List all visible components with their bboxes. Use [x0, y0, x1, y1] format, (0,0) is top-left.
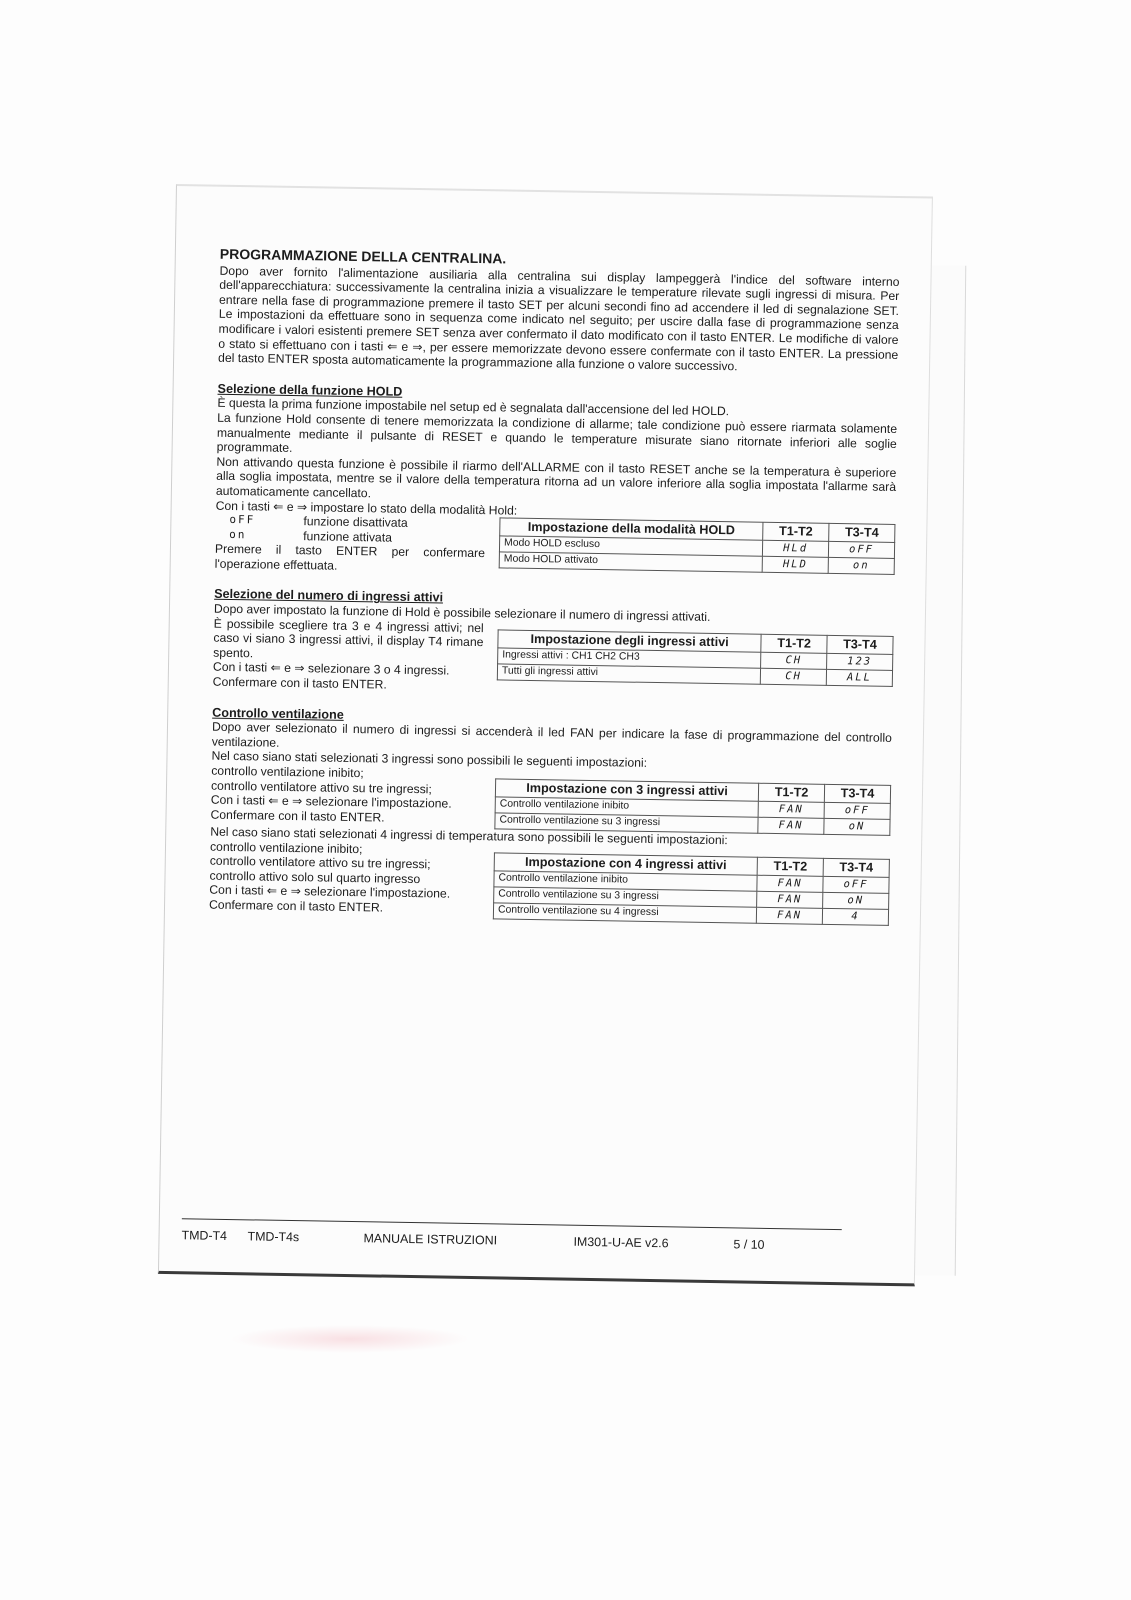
footer-manual-title: MANUALE ISTRUZIONI — [363, 1231, 573, 1248]
inputs-text: È possibile scegliere tra 3 e 4 ingressi… — [213, 616, 492, 694]
table-header: T3-T4 — [824, 784, 890, 803]
page-footer: TMD-T4 TMD-T4s MANUALE ISTRUZIONI IM301-… — [181, 1228, 841, 1253]
hold-options: oFF funzione disattivata on funzione att… — [215, 513, 494, 576]
table-header: T3-T4 — [827, 635, 893, 654]
table-header: T3-T4 — [829, 523, 895, 542]
footer-model-1: TMD-T4 — [181, 1228, 247, 1243]
table-cell: on — [828, 557, 894, 574]
table-cell: HLD — [762, 556, 828, 573]
table-cell: Modo HOLD attivato — [499, 552, 762, 572]
hold-confirm: Premere il tasto ENTER per confermare l'… — [215, 542, 485, 576]
table-header: T1-T2 — [763, 522, 829, 541]
inputs-row: È possibile scegliere tra 3 e 4 ingressi… — [213, 616, 894, 700]
table-cell: HLd — [763, 540, 829, 557]
footer-divider — [182, 1218, 842, 1230]
table-cell: oN — [824, 818, 890, 835]
footer-model-2: TMD-T4s — [247, 1229, 363, 1245]
fan3-row: controllo ventilazione inibito; controll… — [210, 764, 891, 836]
table-cell: FAN — [757, 875, 823, 892]
footer-doc-code: IM301-U-AE v2.6 — [573, 1235, 733, 1252]
table-header: T3-T4 — [823, 858, 889, 877]
table-header: T1-T2 — [757, 857, 823, 876]
page-content: PROGRAMMAZIONE DELLA CENTRALINA. Dopo av… — [209, 247, 900, 926]
option-desc: funzione attivata — [303, 529, 392, 545]
table-header: T1-T2 — [758, 783, 824, 802]
table-cell: oFF — [824, 802, 890, 819]
table-cell: 123 — [827, 653, 893, 670]
hold-row: oFF funzione disattivata on funzione att… — [215, 513, 896, 583]
table-header: T1-T2 — [761, 634, 827, 653]
option-code: on — [229, 528, 303, 544]
table-cell: FAN — [756, 907, 822, 924]
inputs-table: Impostazione degli ingressi attivi T1-T2… — [497, 629, 894, 687]
fan4-row: controllo ventilazione inibito; controll… — [209, 839, 890, 925]
table-cell: oFF — [828, 541, 894, 558]
fan3-list: controllo ventilazione inibito; controll… — [210, 764, 489, 827]
table-cell: Tutti gli ingressi attivi — [497, 664, 761, 684]
table-cell: oN — [823, 892, 889, 909]
table-cell: FAN — [758, 801, 824, 818]
table-cell: FAN — [757, 891, 823, 908]
fan3-table: Impostazione con 3 ingressi attivi T1-T2… — [494, 778, 891, 836]
hold-table: Impostazione della modalità HOLD T1-T2 T… — [499, 518, 896, 576]
fan4-list: controllo ventilazione inibito; controll… — [209, 839, 488, 917]
footer-page-number: 5 / 10 — [733, 1237, 764, 1252]
table-cell: oFF — [823, 876, 889, 893]
table-cell: 4 — [822, 908, 888, 925]
table-cell: CH — [761, 652, 827, 669]
fan4-table: Impostazione con 4 ingressi attivi T1-T2… — [493, 852, 890, 926]
document-page: PROGRAMMAZIONE DELLA CENTRALINA. Dopo av… — [158, 184, 933, 1286]
intro-paragraph: Dopo aver fornito l'alimentazione ausili… — [218, 263, 900, 376]
option-code: oFF — [229, 513, 303, 529]
inputs-paragraph-2: È possibile scegliere tra 3 e 4 ingressi… — [213, 616, 484, 664]
table-cell: ALL — [826, 669, 892, 686]
paper-stain — [230, 1325, 470, 1353]
table-cell: Controllo ventilazione su 4 ingressi — [493, 902, 756, 922]
table-cell: FAN — [758, 817, 824, 834]
table-cell: CH — [761, 668, 827, 685]
